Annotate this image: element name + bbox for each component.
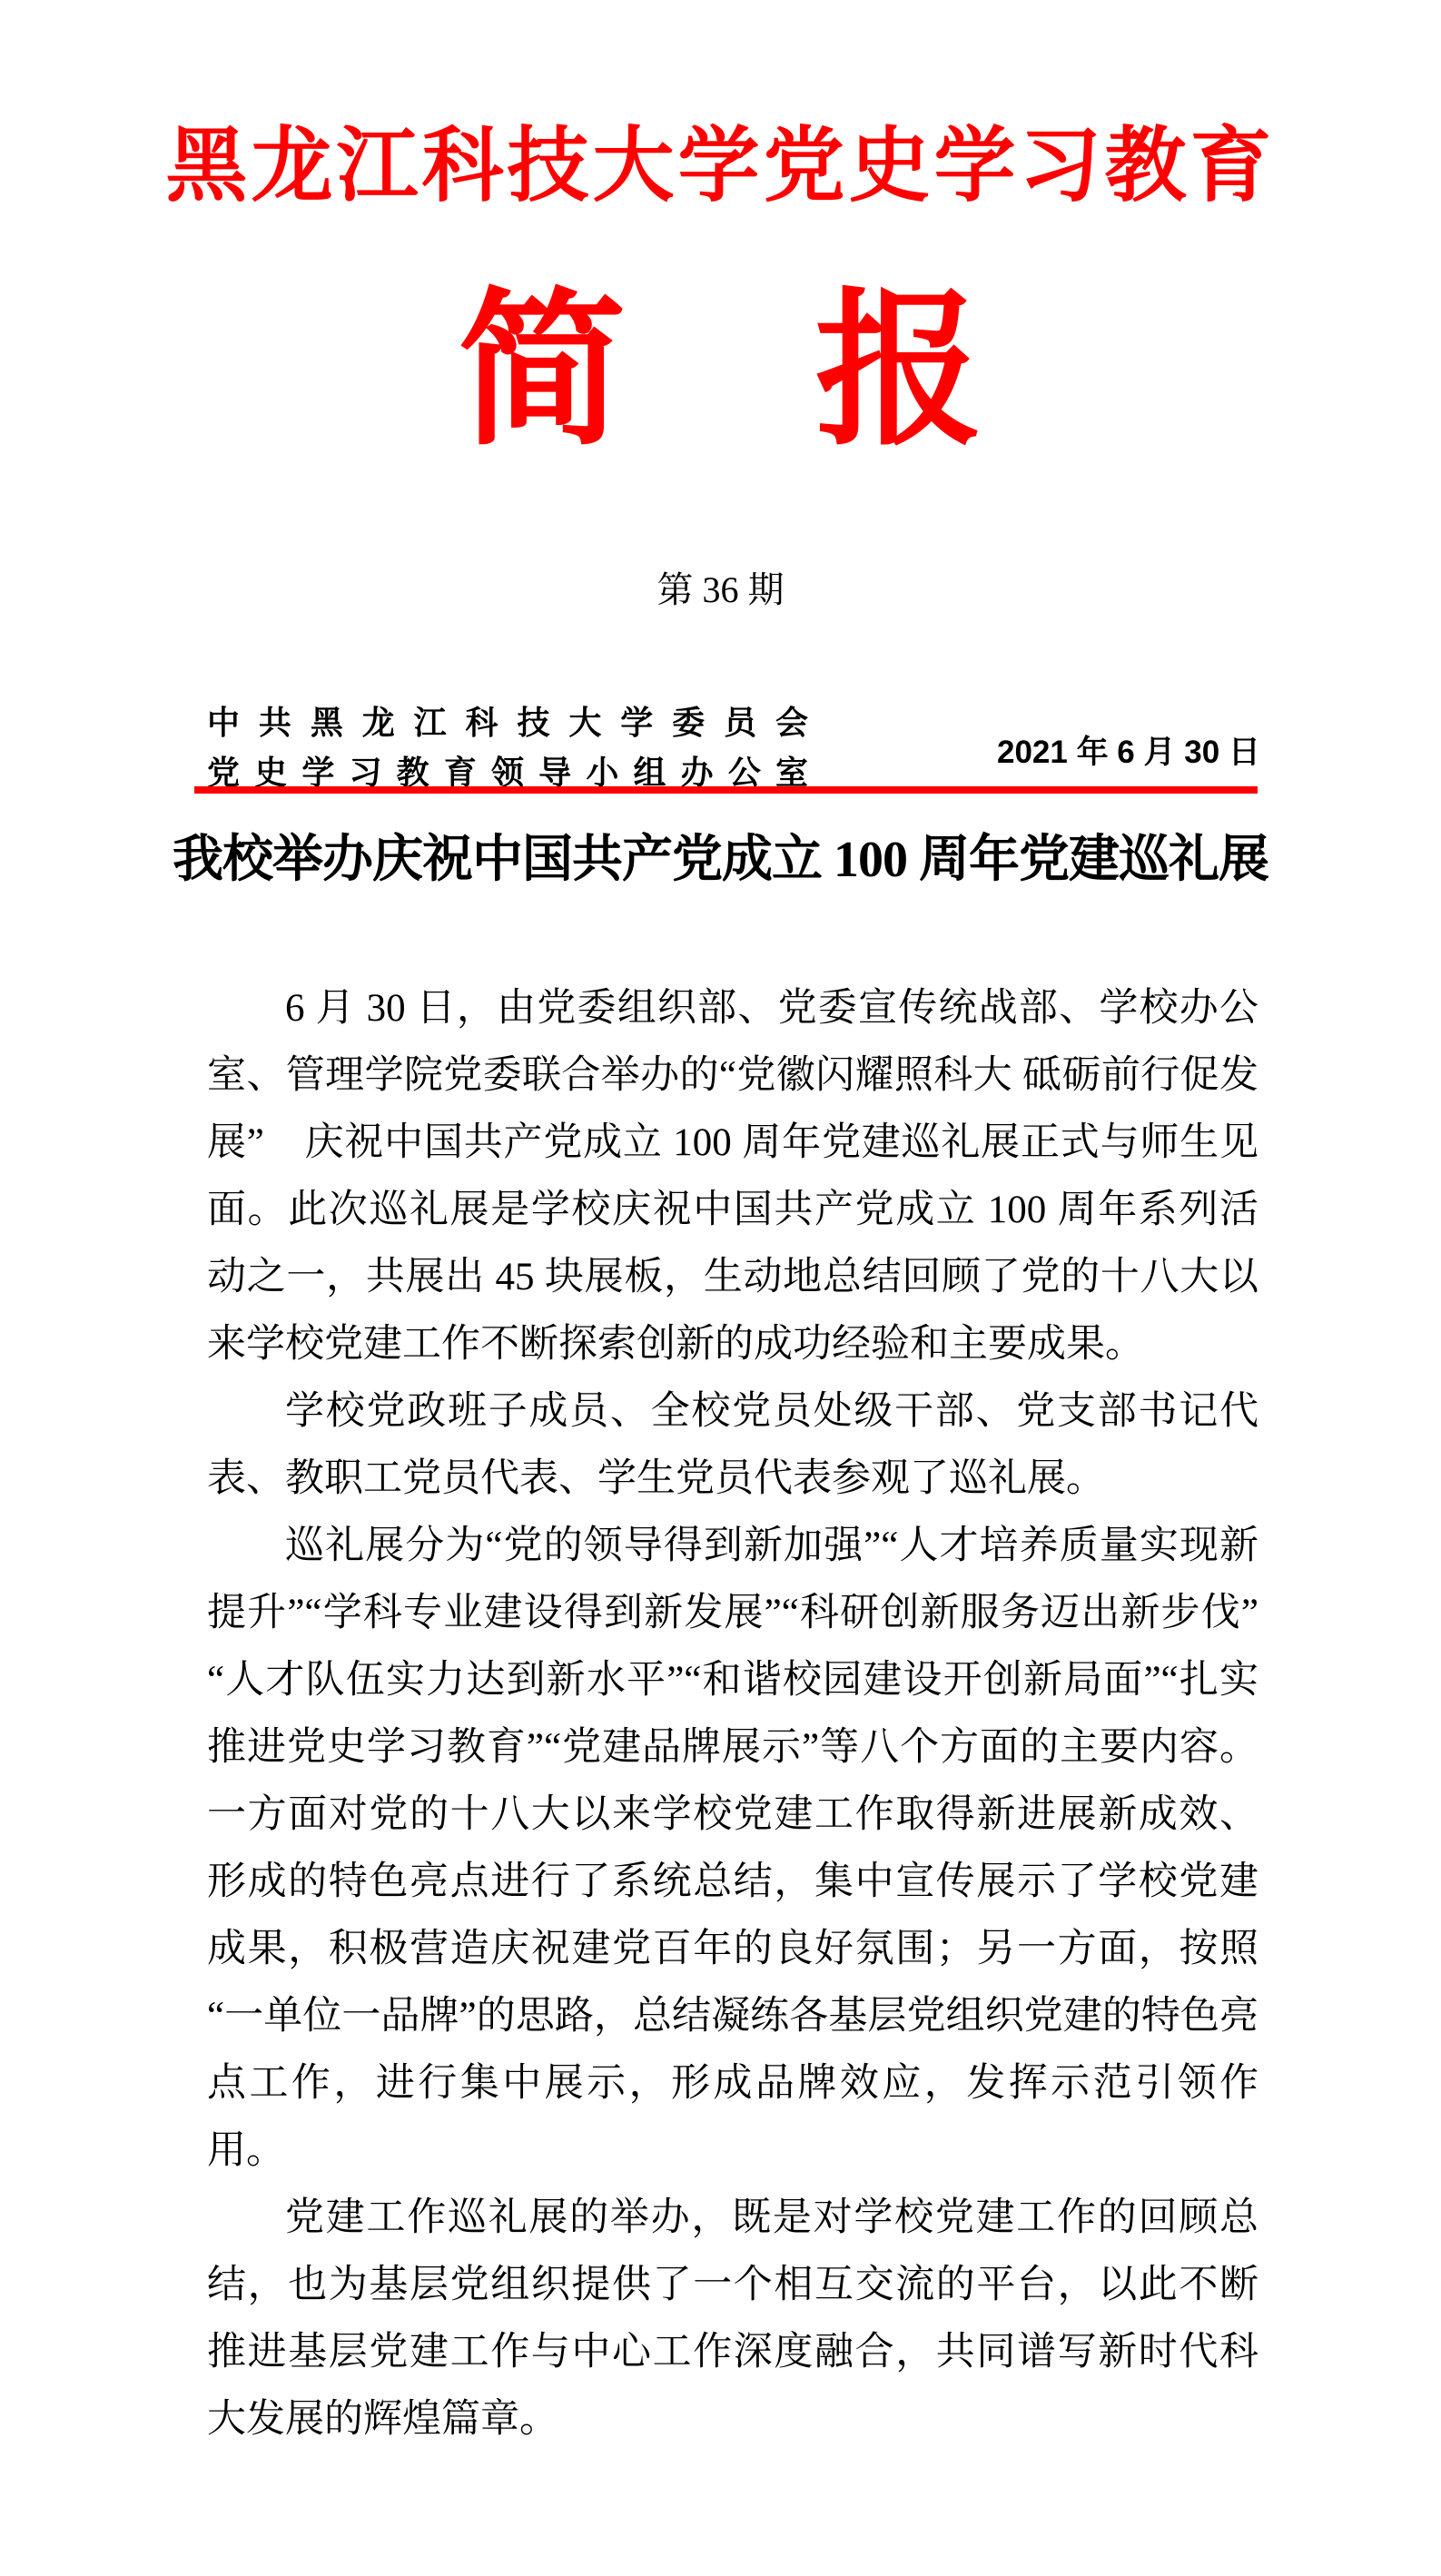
masthead-divider-rule	[194, 786, 1258, 794]
article-headline: 我校举办庆祝中国共产党成立 100 周年党建巡礼展	[0, 828, 1441, 892]
bulletin-banner: 简 报	[0, 283, 1441, 459]
issue-date: 2021 年 6 月 30 日	[997, 734, 1258, 772]
banner-char-left: 简	[459, 283, 627, 459]
issuer-org-line-1: 中 共 黑 龙 江 科 技 大 学 委 员 会	[207, 697, 808, 747]
article-body: 6 月 30 日，由党委组织部、党委宣传统战部、学校办公室、管理学院党委联合举办…	[207, 975, 1258, 2453]
masthead-title: 黑龙江科技大学党史学习教育	[0, 122, 1441, 212]
article-paragraph: 党建工作巡礼展的举办，既是对学校党建工作的回顾总结，也为基层党组织提供了一个相互…	[207, 2185, 1258, 2453]
issuer-org-lines: 中 共 黑 龙 江 科 技 大 学 委 员 会 党 史 学 习 教 育 领 导 …	[207, 697, 808, 797]
issue-number: 第 36 期	[0, 568, 1441, 612]
issuer-block: 中 共 黑 龙 江 科 技 大 学 委 员 会 党 史 学 习 教 育 领 导 …	[207, 697, 1258, 797]
article-paragraph: 6 月 30 日，由党委组织部、党委宣传统战部、学校办公室、管理学院党委联合举办…	[207, 975, 1258, 1378]
article-paragraph: 巡礼展分为“党的领导得到新加强”“人才培养质量实现新提升”“学科专业建设得到新发…	[207, 1513, 1258, 2185]
bulletin-page: 黑龙江科技大学党史学习教育 简 报 第 36 期 中 共 黑 龙 江 科 技 大…	[0, 0, 1441, 2576]
banner-char-right: 报	[815, 283, 983, 459]
article-paragraph: 学校党政班子成员、全校党员处级干部、党支部书记代表、教职工党员代表、学生党员代表…	[207, 1378, 1258, 1513]
